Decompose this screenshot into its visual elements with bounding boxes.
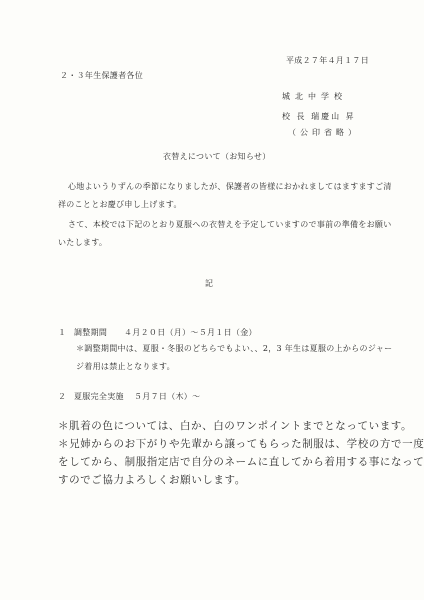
item-label: 調整期間 <box>74 327 107 338</box>
recipient: ２・３年生保護者各位 <box>60 70 143 81</box>
body-line: いたします。 <box>58 237 107 248</box>
note-line: ＊肌着の色については、白か、白のワンポイントまでとなっています。 <box>58 418 412 433</box>
body-line: 心地よいうりずんの季節になりましたが、保護者の皆様におかれましてはますますご清 <box>68 181 392 192</box>
sender-principal: 校 長 瑞慶山 昇 <box>282 111 356 122</box>
issue-date: 平成２７年４月１７日 <box>286 55 369 66</box>
note-line: をしてから、制服指定店で自分のネームに直してから着用する事になっていま <box>58 454 424 469</box>
body-line: 祥のこととお慶び申し上げます。 <box>58 199 182 210</box>
item-note: ジ着用は禁止となります。 <box>76 361 175 372</box>
item-number: １ <box>58 327 66 338</box>
item-note: ＊調整期間中は、夏服・冬服のどちらでもよい、、2，3 年生は夏服の上からのジャー <box>76 343 392 354</box>
item-label: 夏服完全実施 <box>74 391 124 402</box>
note-line: ＊兄姉からのお下がりや先輩から譲ってもらった制服は、学校の方で一度確認 <box>58 436 424 451</box>
item-number: ２ <box>58 391 66 402</box>
note-line: すのでご協力よろしくお願いします。 <box>58 472 246 487</box>
body-line: さて、本校では下記のとおり夏服への衣替えを予定していますので事前の準備をお願い <box>68 219 392 230</box>
ki-heading: 記 <box>205 278 213 289</box>
sender-school: 城北中学校 <box>282 91 347 102</box>
document-title: 衣替えについて（お知らせ） <box>163 151 271 162</box>
item-value: ５月７日（木）～ <box>134 391 200 402</box>
item-value: ４月２０日（月）～５月１日（金） <box>124 327 257 338</box>
seal-note: （公印省略） <box>288 127 360 138</box>
